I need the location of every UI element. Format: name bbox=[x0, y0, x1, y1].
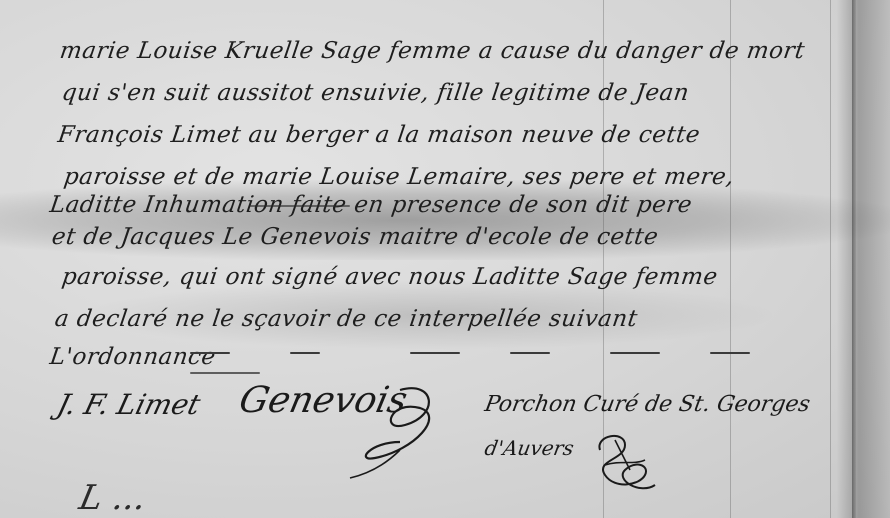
signature-limet: J. F. Limet bbox=[54, 388, 204, 421]
text-line-5: Laditte Inhumation faite en presence de … bbox=[48, 192, 694, 218]
text-line-1: marie Louise Kruelle Sage femme a cause … bbox=[58, 38, 806, 64]
signature-porchon: Porchon Curé de St. Georges bbox=[483, 392, 812, 417]
text-line-7: paroisse, qui ont signé avec nous Laditt… bbox=[60, 264, 719, 290]
strike-stroke bbox=[250, 205, 350, 207]
faint-ruling-line bbox=[730, 0, 731, 518]
ordonnance-tail-stroke bbox=[190, 372, 260, 374]
signature-auvers: d'Auvers bbox=[483, 436, 576, 460]
next-entry-fragment: L ... bbox=[76, 478, 150, 518]
text-line-8: a declaré ne le sçavoir de ce interpellé… bbox=[53, 306, 639, 332]
text-line-3: François Limet au berger a la maison neu… bbox=[56, 122, 702, 148]
text-line-9: L'ordonnance bbox=[48, 344, 217, 370]
page-edge-shadow bbox=[852, 0, 856, 518]
text-line-2: qui s'en suit aussitot ensuivie, fille l… bbox=[60, 80, 691, 106]
register-page: marie Louise Kruelle Sage femme a cause … bbox=[0, 0, 890, 518]
genevois-flourish-icon bbox=[330, 380, 450, 480]
closing-dash-row bbox=[190, 352, 790, 356]
porchon-paraph-icon bbox=[585, 430, 665, 500]
text-line-6: et de Jacques Le Genevois maitre d'ecole… bbox=[50, 224, 660, 250]
faint-ruling-line bbox=[830, 0, 831, 518]
text-line-4: paroisse et de marie Louise Lemaire, ses… bbox=[62, 164, 736, 190]
